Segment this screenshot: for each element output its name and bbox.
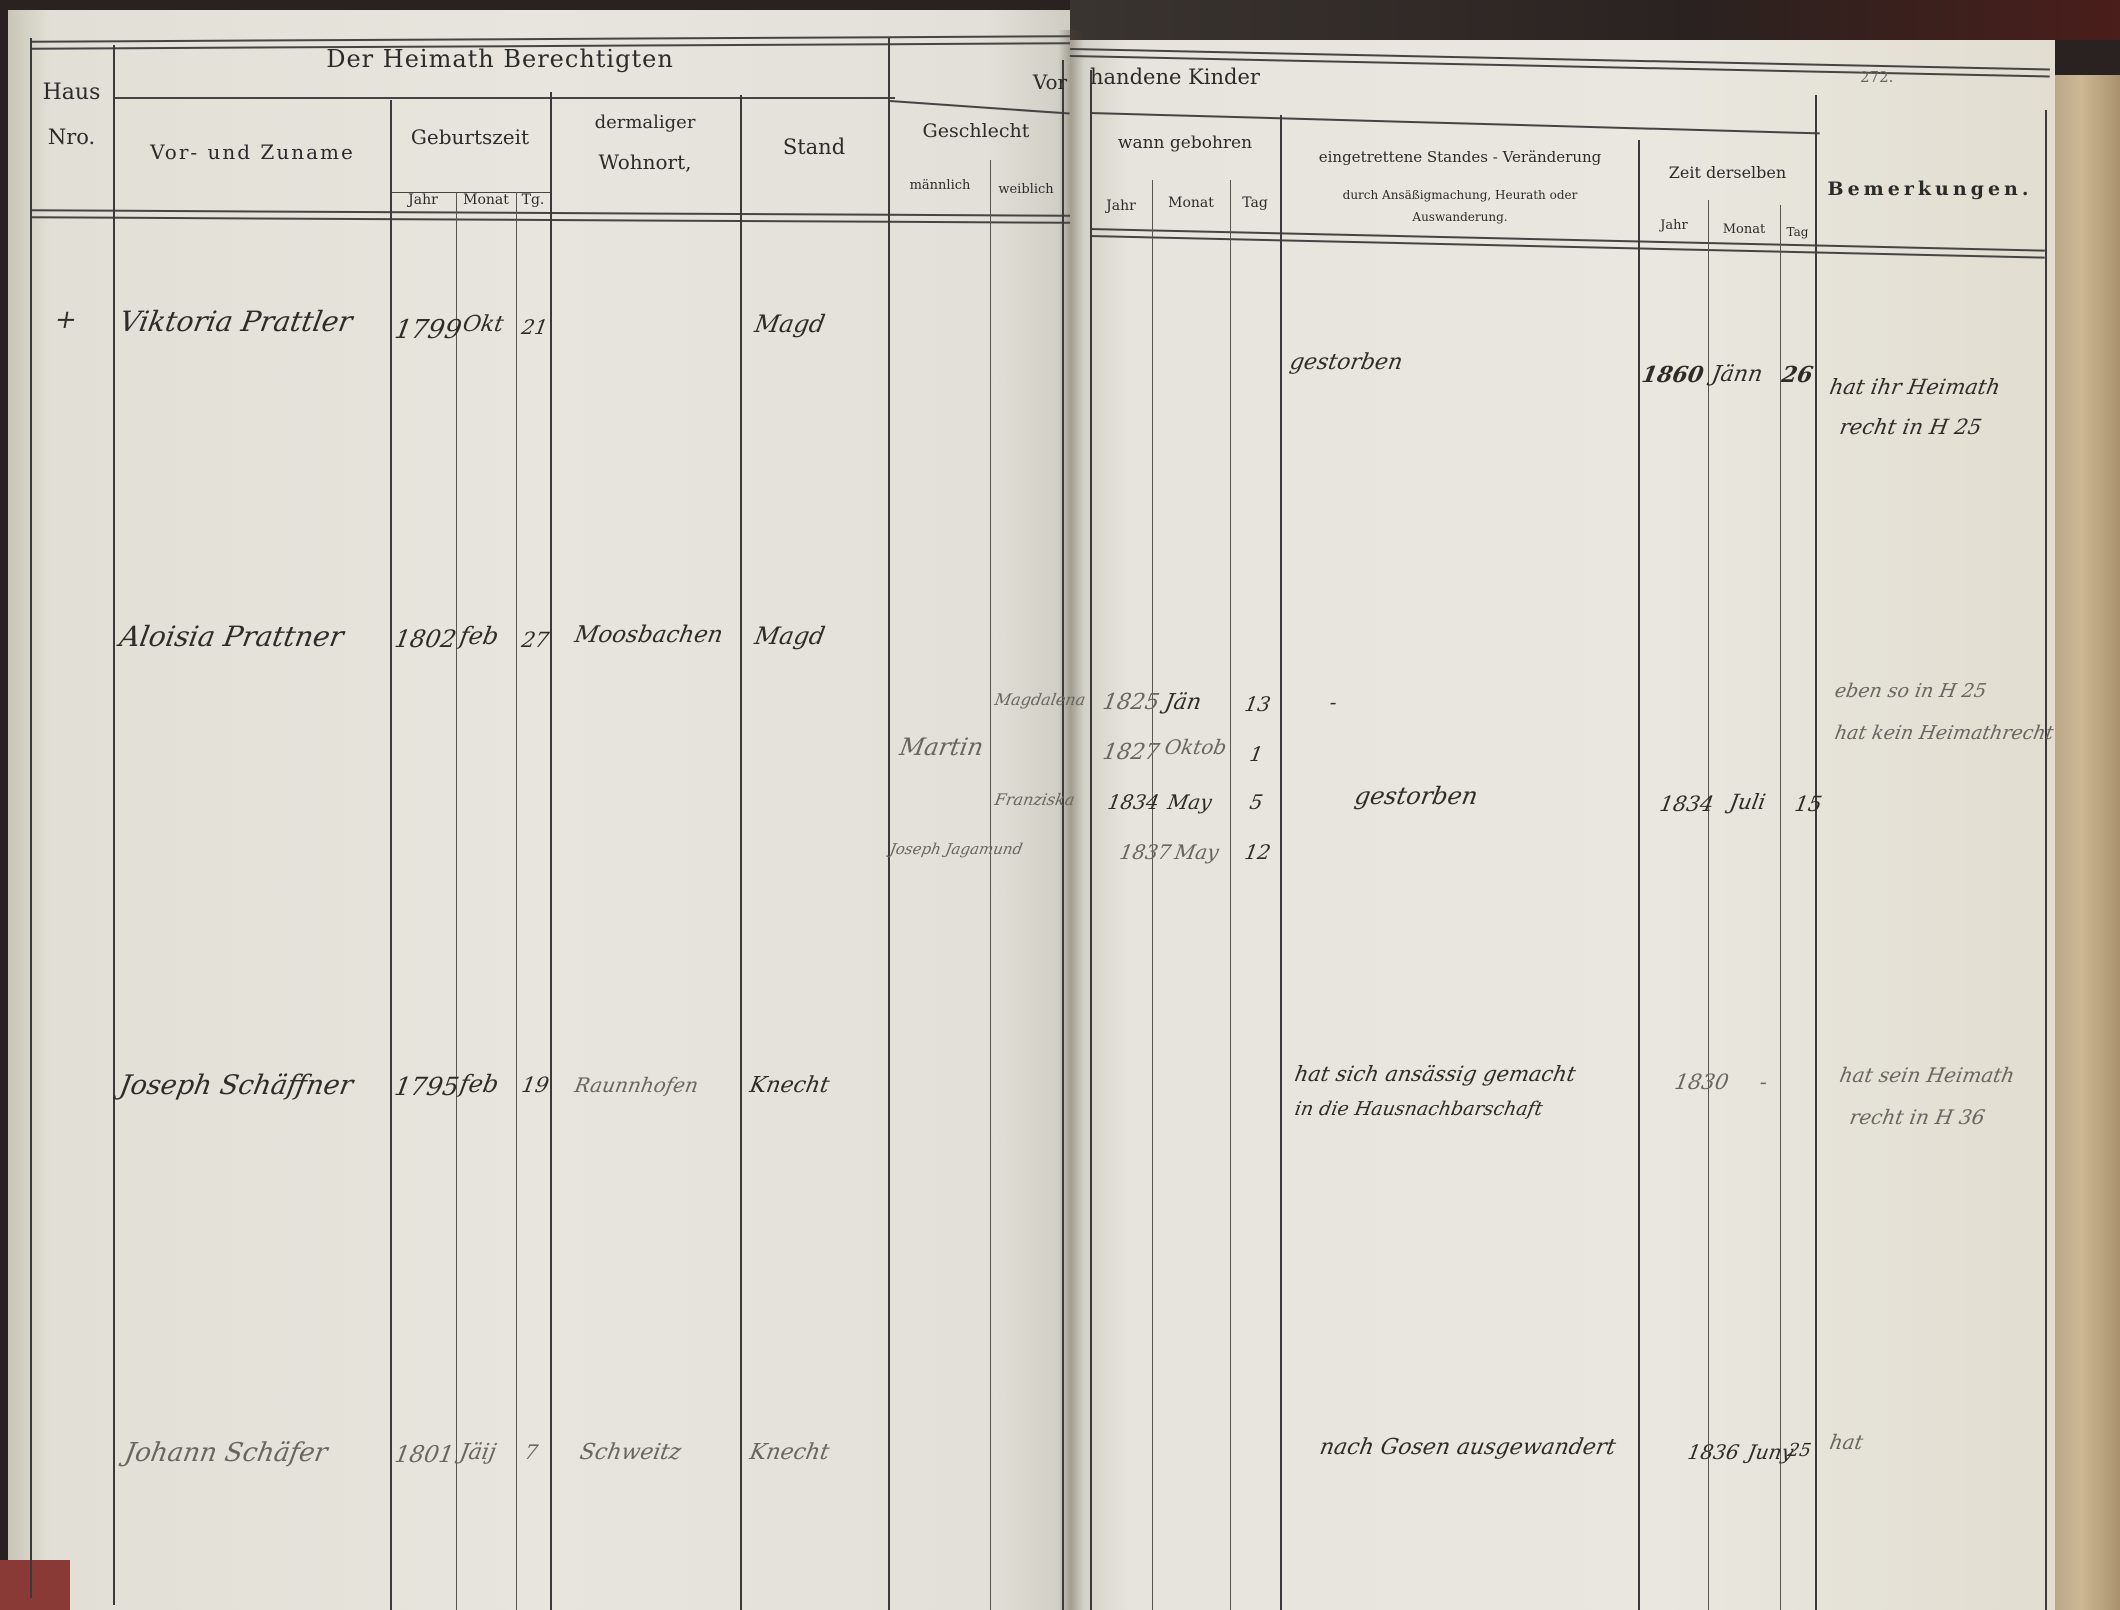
entry-stand: Magd: [753, 622, 828, 650]
header-nro: Nro.: [30, 125, 113, 149]
entry-name: Joseph Schäffner: [117, 1070, 355, 1101]
entry-name: Johann Schäfer: [122, 1438, 329, 1468]
header-vorhandene-kinder: handene Kinder: [1090, 65, 1320, 89]
header-subrule-left: [115, 97, 895, 99]
entry-birth-year: 1802: [393, 625, 459, 653]
entry-remark-1: hat: [1828, 1430, 1865, 1454]
entry-remark-2: recht in H 25: [1838, 415, 1984, 439]
left-page: [8, 10, 1070, 1610]
header-tag: Tg.: [516, 192, 550, 208]
entry-change-year: 1860: [1640, 362, 1706, 388]
entry-name: Aloisia Prattner: [117, 620, 346, 653]
entry-birth-month: feb: [458, 622, 501, 650]
entry-wohnort: Raunnhofen: [573, 1073, 700, 1097]
entry-birth-year: 1801: [393, 1442, 456, 1468]
header-vor-fragment: Vor: [1030, 70, 1070, 94]
header-geschlecht: Geschlecht: [890, 120, 1062, 142]
header-stand: Stand: [740, 135, 888, 159]
rule-left-outer: [30, 38, 32, 1598]
book-cover-corner: [0, 1560, 70, 1610]
header-zeit-monat: Monat: [1708, 222, 1780, 237]
rule-monat: [516, 192, 517, 1610]
entry-change: gestorben: [1288, 350, 1405, 375]
rule-haus: [113, 45, 115, 1605]
rule-child-jahr: [1152, 180, 1153, 1610]
header-child-jahr: Jahr: [1090, 198, 1152, 214]
entry-remark-2: hat kein Heimathrecht: [1833, 722, 2055, 744]
child-day: 13: [1243, 692, 1273, 716]
entry-change-month: Jänn: [1710, 362, 1765, 387]
rule-veraenderung: [1638, 140, 1640, 1610]
entry-stand: Knecht: [748, 1440, 831, 1465]
entry-birth-day: 21: [520, 315, 550, 339]
entry-remark-1: hat sein Heimath: [1838, 1063, 2017, 1087]
child-male: Joseph Jagamund: [888, 840, 1023, 858]
open-ledger-book: Haus Nro. Der Heimath Berechtigten Vor- …: [0, 0, 2120, 1610]
entry-change-day: 26: [1780, 362, 1815, 388]
entry-birth-month: Okt: [461, 312, 506, 337]
rule-maennlich: [990, 160, 991, 1610]
header-veraenderung-sub2: Auswanderung.: [1285, 210, 1635, 224]
child-male: Martin: [898, 733, 986, 761]
entry-wohnort: Schweitz: [578, 1440, 683, 1465]
entry-change-year: 1836: [1686, 1440, 1741, 1464]
rule-weiblich: [1062, 60, 1064, 1610]
rule-right-inner: [1090, 70, 1092, 1610]
header-heimath-berechtigten: Der Heimath Berechtigten: [115, 45, 885, 73]
entry-name: Viktoria Prattler: [117, 305, 355, 338]
rule-zeit: [1815, 95, 1817, 1610]
rule-zeit-jahr: [1708, 200, 1709, 1610]
entry-birth-month: Jäij: [458, 1440, 498, 1465]
entry-birth-year: 1795: [392, 1072, 461, 1101]
child-female: Franziska: [993, 790, 1076, 809]
child-month: Oktob: [1163, 735, 1229, 759]
rule-stand: [888, 38, 890, 1610]
entry-change-line1: hat sich ansässig gemacht: [1293, 1062, 1578, 1086]
header-wann-gebohren: wann gebohren: [1090, 133, 1280, 153]
entry-change-year: 1834: [1658, 792, 1716, 816]
child-month: May: [1173, 840, 1221, 864]
header-geburtszeit: Geburtszeit: [390, 125, 550, 149]
child-year: 1837: [1118, 840, 1173, 864]
header-haus: Haus: [30, 80, 113, 105]
header-monat: Monat: [456, 192, 516, 208]
rule-wohnort: [740, 95, 742, 1610]
header-zeit-jahr: Jahr: [1640, 218, 1708, 233]
header-child-monat: Monat: [1152, 195, 1230, 211]
child-day: 12: [1243, 840, 1273, 864]
header-veraenderung-sub1: durch Ansäßigmachung, Heurath oder: [1285, 188, 1635, 202]
entry-wohnort: Moosbachen: [573, 622, 725, 648]
header-child-tag: Tag: [1230, 195, 1280, 211]
rule-child-monat: [1230, 180, 1231, 1610]
entry-birth-day: 19: [520, 1073, 551, 1097]
entry-change-line2: in die Hausnachbarschaft: [1293, 1098, 1544, 1120]
child-female: Magdalena: [993, 690, 1087, 709]
header-maennlich: männlich: [890, 178, 990, 193]
rule-zeit-monat: [1780, 205, 1781, 1610]
child-year: 1825: [1101, 690, 1161, 715]
rule-jahr: [456, 192, 457, 1610]
header-zeit-derselben: Zeit derselben: [1640, 163, 1815, 182]
header-bemerkungen: Bemerkungen.: [1815, 178, 2045, 200]
child-change: gestorben: [1353, 782, 1480, 810]
header-veraenderung: eingetrettene Standes - Veränderung: [1285, 148, 1635, 166]
background-dark: [1070, 0, 2120, 40]
child-month: May: [1166, 790, 1214, 814]
entry-stand: Magd: [753, 310, 828, 338]
entry-change-year: 1830: [1673, 1070, 1731, 1094]
entry-stand: Knecht: [748, 1073, 831, 1098]
child-month: Jän: [1163, 690, 1204, 715]
rule-name: [390, 100, 392, 1610]
header-zeit-tag: Tag: [1780, 225, 1815, 239]
entry-remark-1: hat ihr Heimath: [1828, 375, 2002, 399]
rule-geburtszeit: [550, 92, 552, 1610]
entry-birth-day: 27: [520, 628, 551, 652]
page-edges: [2055, 75, 2120, 1610]
entry-change-day: 15: [1793, 792, 1824, 816]
page-number: 272.: [1860, 68, 1893, 86]
header-jahr: Jahr: [390, 192, 456, 208]
entry-birth-month: feb: [458, 1070, 501, 1098]
child-year: 1834: [1106, 790, 1161, 814]
rule-child-tag: [1280, 115, 1282, 1610]
entry-remark-1: eben so in H 25: [1833, 680, 1988, 702]
child-year: 1827: [1101, 740, 1161, 765]
header-wohnort-2: Wohnort,: [550, 150, 740, 174]
entry-remark-2: recht in H 36: [1848, 1105, 1987, 1129]
right-page: [1070, 40, 2055, 1610]
rule-right-outer: [2045, 110, 2047, 1610]
header-wohnort-1: dermaliger: [550, 112, 740, 133]
entry-change: nach Gosen ausgewandert: [1318, 1435, 1618, 1460]
entry-birth-year: 1799: [392, 315, 463, 345]
header-name: Vor- und Zuname: [115, 140, 390, 164]
entry-change-month: Juli: [1728, 790, 1768, 814]
entry-change-day: 25: [1786, 1440, 1813, 1461]
header-weiblich: weiblich: [990, 182, 1062, 197]
